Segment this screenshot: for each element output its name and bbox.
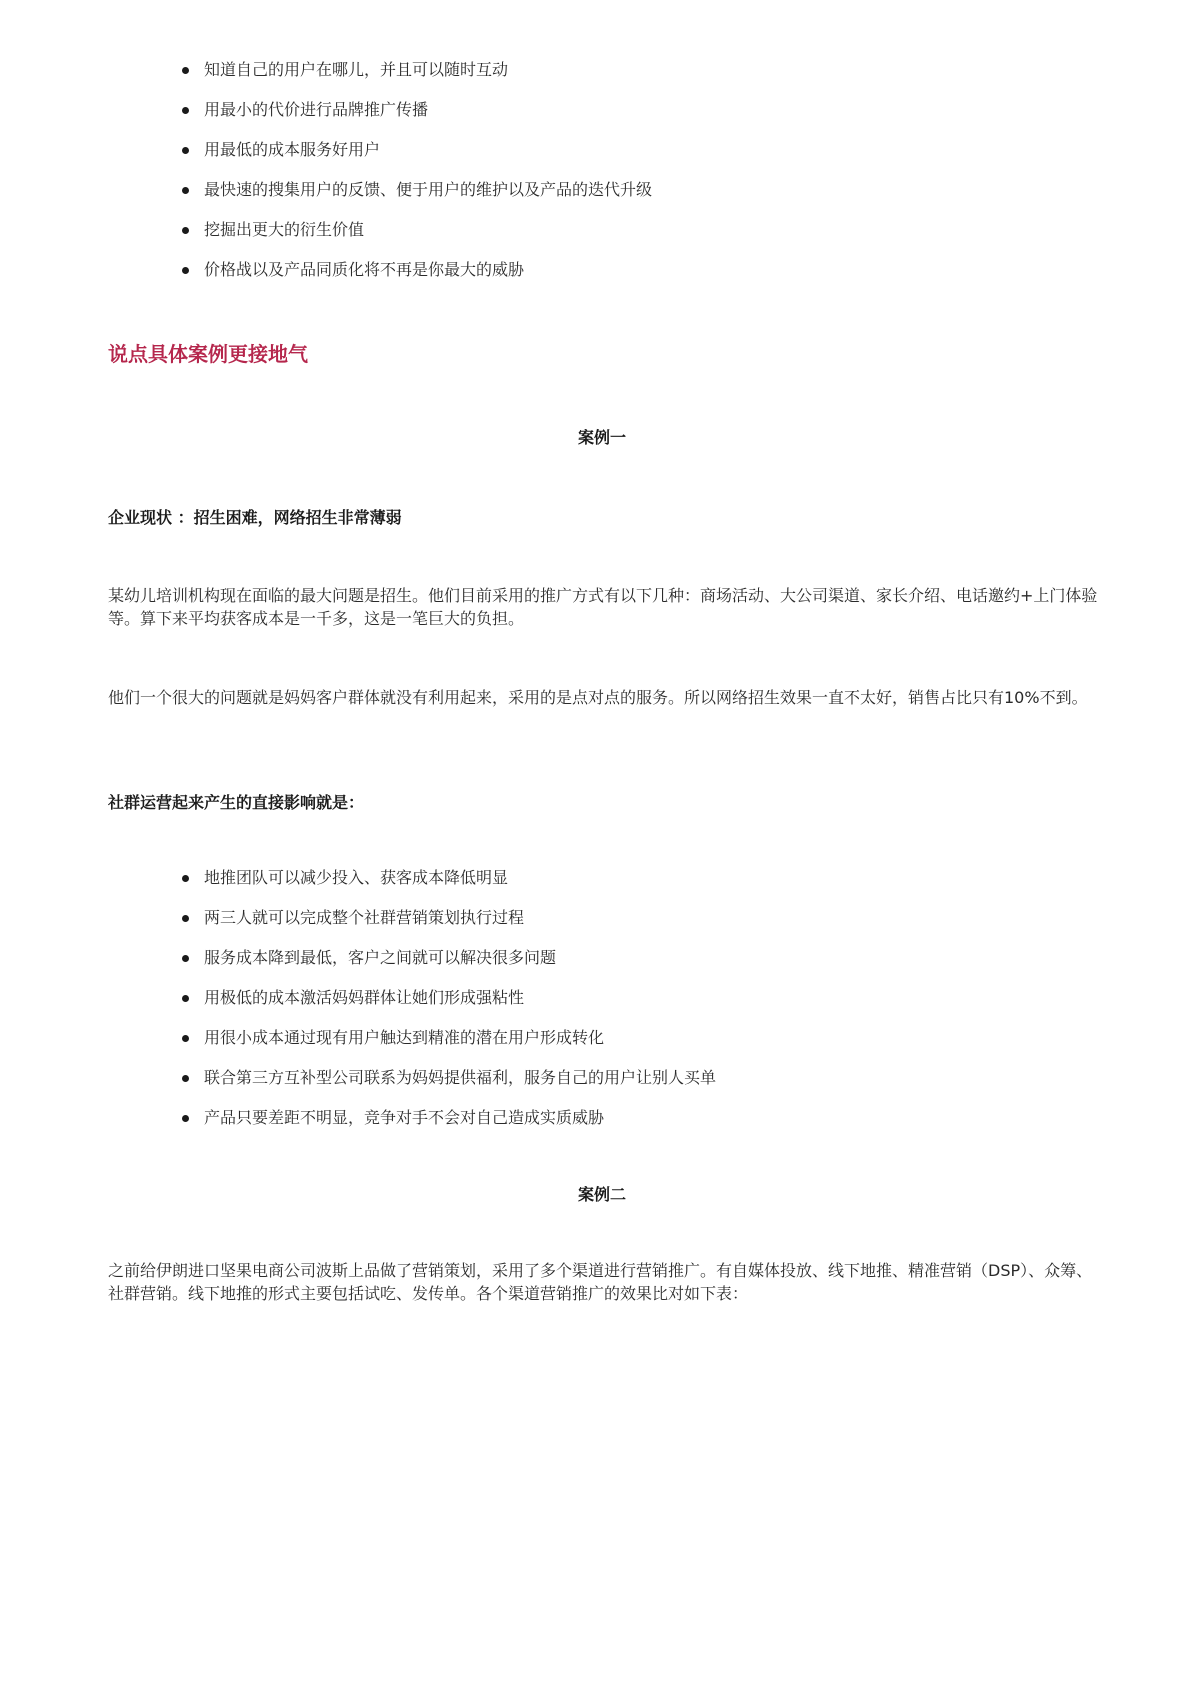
list-item-text: 地推团队可以减少投入、获客成本降低明显 bbox=[204, 868, 508, 887]
list-item: 用最低的成本服务好用户 bbox=[0, 130, 652, 170]
list-item-text: 挖掘出更大的衍生价值 bbox=[204, 220, 364, 239]
bullet-icon bbox=[182, 1115, 189, 1122]
case1-impact-heading: 社群运营起来产生的直接影响就是： bbox=[108, 790, 364, 813]
bullet-icon bbox=[182, 915, 189, 922]
bullet-icon bbox=[182, 1035, 189, 1042]
list-item: 地推团队可以减少投入、获客成本降低明显 bbox=[0, 858, 716, 898]
list-item: 两三人就可以完成整个社群营销策划执行过程 bbox=[0, 898, 716, 938]
list-item-text: 服务成本降到最低，客户之间就可以解决很多问题 bbox=[204, 948, 556, 967]
intro-bullet-list: 知道自己的用户在哪儿，并且可以随时互动 用最小的代价进行品牌推广传播 用最低的成… bbox=[0, 50, 652, 290]
case2-paragraph-1: 之前给伊朗进口坚果电商公司波斯上品做了营销策划，采用了多个渠道进行营销推广。有自… bbox=[108, 1259, 1098, 1305]
list-item: 挖掘出更大的衍生价值 bbox=[0, 210, 652, 250]
section-heading: 说点具体案例更接地气 bbox=[108, 338, 308, 367]
case2-title: 案例二 bbox=[0, 1182, 1200, 1205]
case1-status-line: 企业现状 ：招生困难，网络招生非常薄弱 bbox=[108, 505, 402, 528]
case1-impact-bullet-list: 地推团队可以减少投入、获客成本降低明显 两三人就可以完成整个社群营销策划执行过程… bbox=[0, 858, 716, 1138]
bullet-icon bbox=[182, 107, 189, 114]
case1-paragraph-1: 某幼儿培训机构现在面临的最大问题是招生。他们目前采用的推广方式有以下几种：商场活… bbox=[108, 584, 1098, 630]
list-item: 价格战以及产品同质化将不再是你最大的威胁 bbox=[0, 250, 652, 290]
list-item-text: 用最低的成本服务好用户 bbox=[204, 140, 380, 159]
list-item-text: 两三人就可以完成整个社群营销策划执行过程 bbox=[204, 908, 524, 927]
bullet-icon bbox=[182, 995, 189, 1002]
document-page: 知道自己的用户在哪儿，并且可以随时互动 用最小的代价进行品牌推广传播 用最低的成… bbox=[0, 0, 1200, 1698]
list-item: 用最小的代价进行品牌推广传播 bbox=[0, 90, 652, 130]
case1-title: 案例一 bbox=[0, 425, 1200, 448]
bullet-icon bbox=[182, 267, 189, 274]
list-item-text: 最快速的搜集用户的反馈、便于用户的维护以及产品的迭代升级 bbox=[204, 180, 652, 199]
case1-paragraph-2: 他们一个很大的问题就是妈妈客户群体就没有利用起来，采用的是点对点的服务。所以网络… bbox=[108, 686, 1098, 709]
list-item-text: 用很小成本通过现有用户触达到精准的潜在用户形成转化 bbox=[204, 1028, 604, 1047]
list-item-text: 用极低的成本激活妈妈群体让她们形成强粘性 bbox=[204, 988, 524, 1007]
list-item: 用极低的成本激活妈妈群体让她们形成强粘性 bbox=[0, 978, 716, 1018]
list-item-text: 用最小的代价进行品牌推广传播 bbox=[204, 100, 428, 119]
list-item: 联合第三方互补型公司联系为妈妈提供福利，服务自己的用户让别人买单 bbox=[0, 1058, 716, 1098]
bullet-icon bbox=[182, 1075, 189, 1082]
bullet-icon bbox=[182, 955, 189, 962]
bullet-icon bbox=[182, 187, 189, 194]
list-item-text: 产品只要差距不明显，竞争对手不会对自己造成实质威胁 bbox=[204, 1108, 604, 1127]
list-item-text: 知道自己的用户在哪儿，并且可以随时互动 bbox=[204, 60, 508, 79]
bullet-icon bbox=[182, 227, 189, 234]
list-item: 用很小成本通过现有用户触达到精准的潜在用户形成转化 bbox=[0, 1018, 716, 1058]
list-item-text: 联合第三方互补型公司联系为妈妈提供福利，服务自己的用户让别人买单 bbox=[204, 1068, 716, 1087]
list-item: 产品只要差距不明显，竞争对手不会对自己造成实质威胁 bbox=[0, 1098, 716, 1138]
list-item: 服务成本降到最低，客户之间就可以解决很多问题 bbox=[0, 938, 716, 978]
bullet-icon bbox=[182, 875, 189, 882]
bullet-icon bbox=[182, 147, 189, 154]
bullet-icon bbox=[182, 67, 189, 74]
list-item-text: 价格战以及产品同质化将不再是你最大的威胁 bbox=[204, 260, 524, 279]
list-item: 最快速的搜集用户的反馈、便于用户的维护以及产品的迭代升级 bbox=[0, 170, 652, 210]
list-item: 知道自己的用户在哪儿，并且可以随时互动 bbox=[0, 50, 652, 90]
